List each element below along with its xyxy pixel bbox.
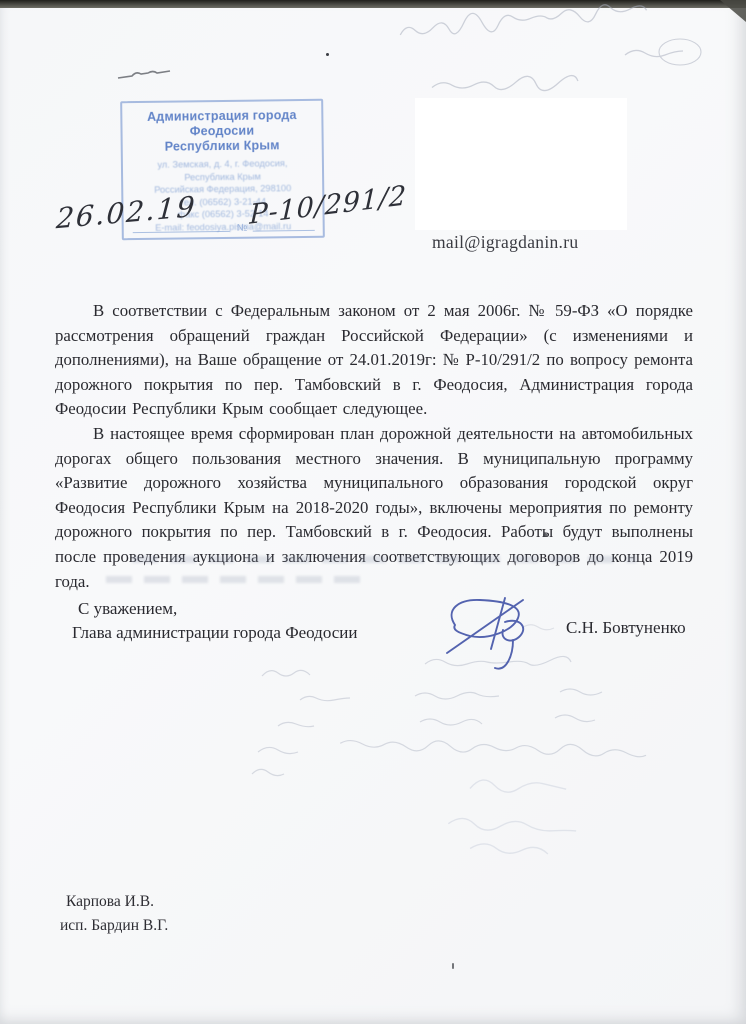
bleed-through-text-line [106, 576, 368, 583]
scan-speck [452, 963, 454, 969]
scanner-corner-shadow [720, 0, 746, 22]
signer-position: Глава администрации города Феодосии [72, 623, 358, 643]
faint-handwriting-lower [448, 778, 576, 856]
pencil-annotation-block [252, 625, 646, 776]
stamp-org-name-line1: Администрация города Феодосии [122, 108, 321, 140]
body-paragraph-2: В настоящее время сформирован план дорож… [55, 422, 693, 594]
scan-speck [326, 53, 329, 56]
recipient-email: mail@igragdanin.ru [432, 232, 578, 253]
pen-scribble [118, 71, 170, 78]
body-paragraph-1: В соответствии с Федеральным законом от … [55, 299, 693, 422]
bleed-through-text-line [132, 556, 637, 563]
redacted-recipient-area [415, 98, 627, 230]
signer-name: С.Н. Бовтуненко [566, 618, 686, 638]
scanned-letter-page: Администрация города Феодосии Республики… [0, 0, 746, 1024]
letter-body: В соответствии с Федеральным законом от … [55, 299, 693, 594]
stamp-org-name-line2: Республики Крым [123, 138, 322, 155]
signature-stroke [447, 598, 523, 669]
scan-speck [543, 533, 547, 537]
executor-name: Карпова И.В. [66, 893, 154, 911]
executor-line: исп. Бардин В.Г. [60, 917, 168, 935]
scanner-edge-band [0, 0, 746, 8]
closing-regards: С уважением, [78, 599, 177, 619]
pencil-note-top [399, 3, 701, 92]
stamp-number-sign: № [237, 223, 248, 234]
